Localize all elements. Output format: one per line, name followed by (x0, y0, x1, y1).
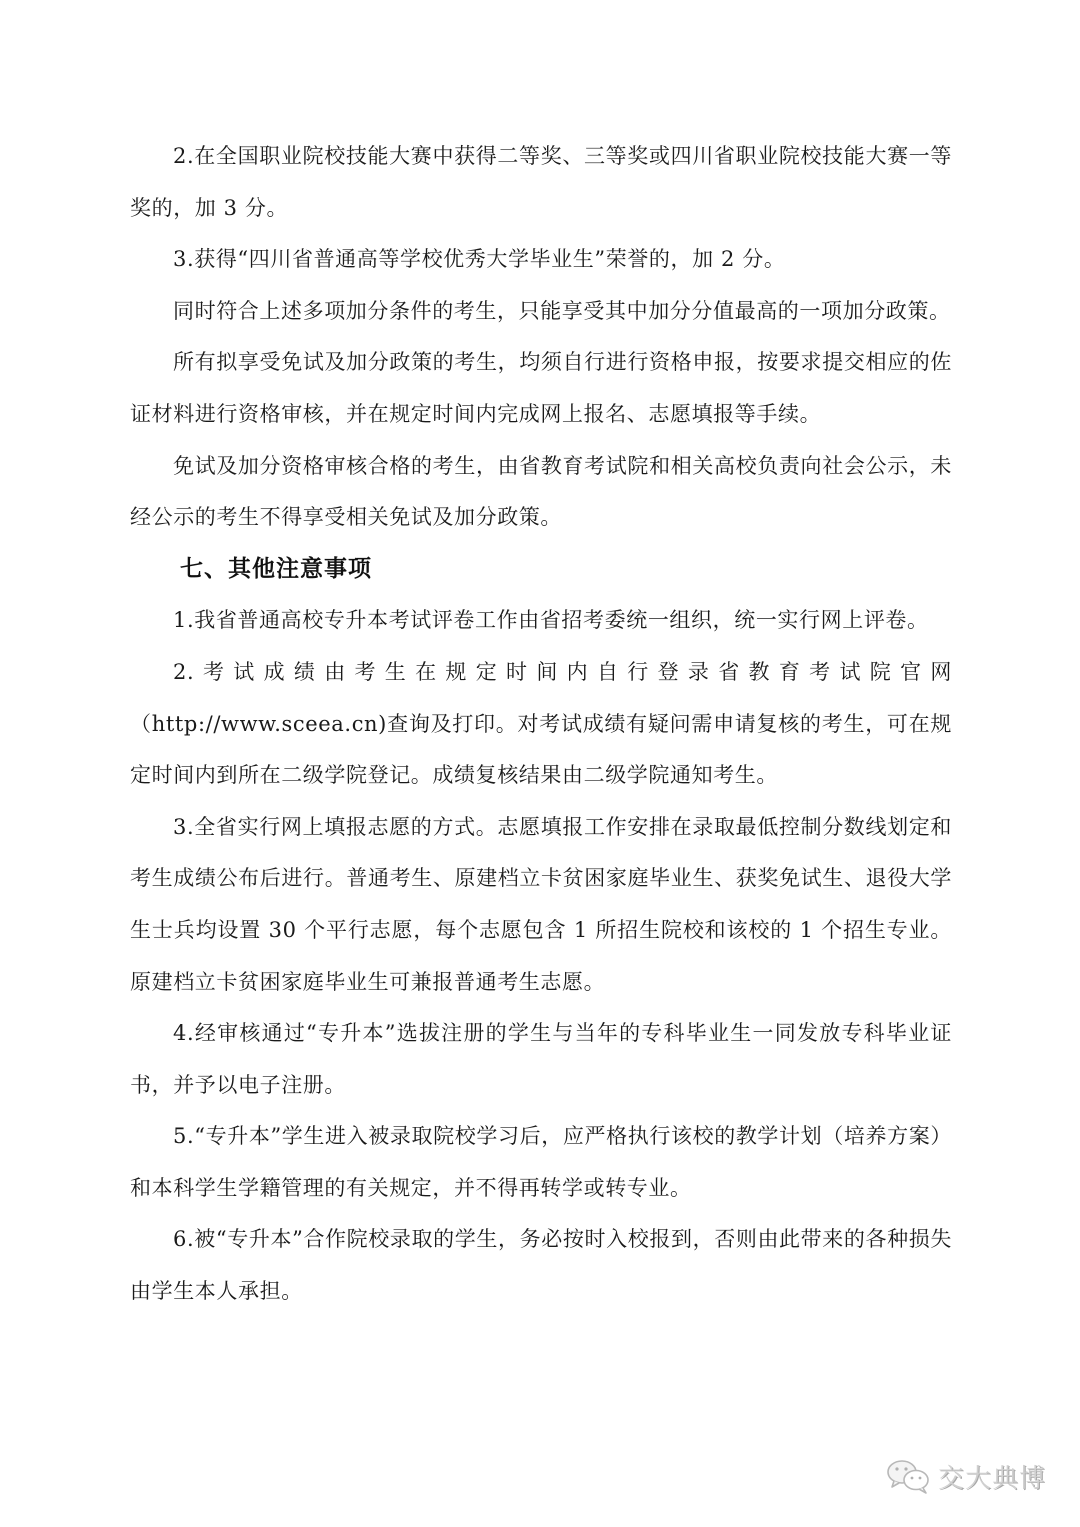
paragraph-study-rules: 5.“专升本”学生进入被录取院校学习后，应严格执行该校的教学计划（培养方案）和本… (130, 1111, 952, 1214)
document-page: 2.在全国职业院校技能大赛中获得二等奖、三等奖或四川省职业院校技能大赛一等奖的，… (130, 131, 952, 1318)
paragraph-score-query: 2.考试成绩由考生在规定时间内自行登录省教育考试院官网（http://www.s… (130, 647, 952, 802)
paragraph-qualification-application: 所有拟享受免试及加分政策的考生，均须自行进行资格申报，按要求提交相应的佐证材料进… (130, 337, 952, 440)
paragraph-online-grading: 1.我省普通高校专升本考试评卷工作由省招考委统一组织，统一实行网上评卷。 (130, 595, 952, 647)
wechat-icon (886, 1459, 932, 1495)
paragraph-volunteer-filling: 3.全省实行网上填报志愿的方式。志愿填报工作安排在录取最低控制分数线划定和考生成… (130, 802, 952, 1008)
paragraph-award-second-third: 2.在全国职业院校技能大赛中获得二等奖、三等奖或四川省职业院校技能大赛一等奖的，… (130, 131, 952, 234)
paragraph-multiple-bonus: 同时符合上述多项加分条件的考生，只能享受其中加分分值最高的一项加分政策。 (130, 286, 952, 338)
paragraph-public-notice: 免试及加分资格审核合格的考生，由省教育考试院和相关高校负责向社会公示，未经公示的… (130, 441, 952, 544)
watermark: 交大典博 (886, 1458, 1046, 1495)
paragraph-outstanding-graduate: 3.获得“四川省普通高等学校优秀大学毕业生”荣誉的，加 2 分。 (130, 234, 952, 286)
watermark-text: 交大典博 (938, 1458, 1046, 1495)
paragraph-diploma: 4.经审核通过“专升本”选拔注册的学生与当年的专科毕业生一同发放专科毕业证书，并… (130, 1008, 952, 1111)
paragraph-enrollment-report: 6.被“专升本”合作院校录取的学生，务必按时入校报到，否则由此带来的各种损失由学… (130, 1214, 952, 1317)
section-heading: 七、其他注意事项 (130, 544, 952, 596)
